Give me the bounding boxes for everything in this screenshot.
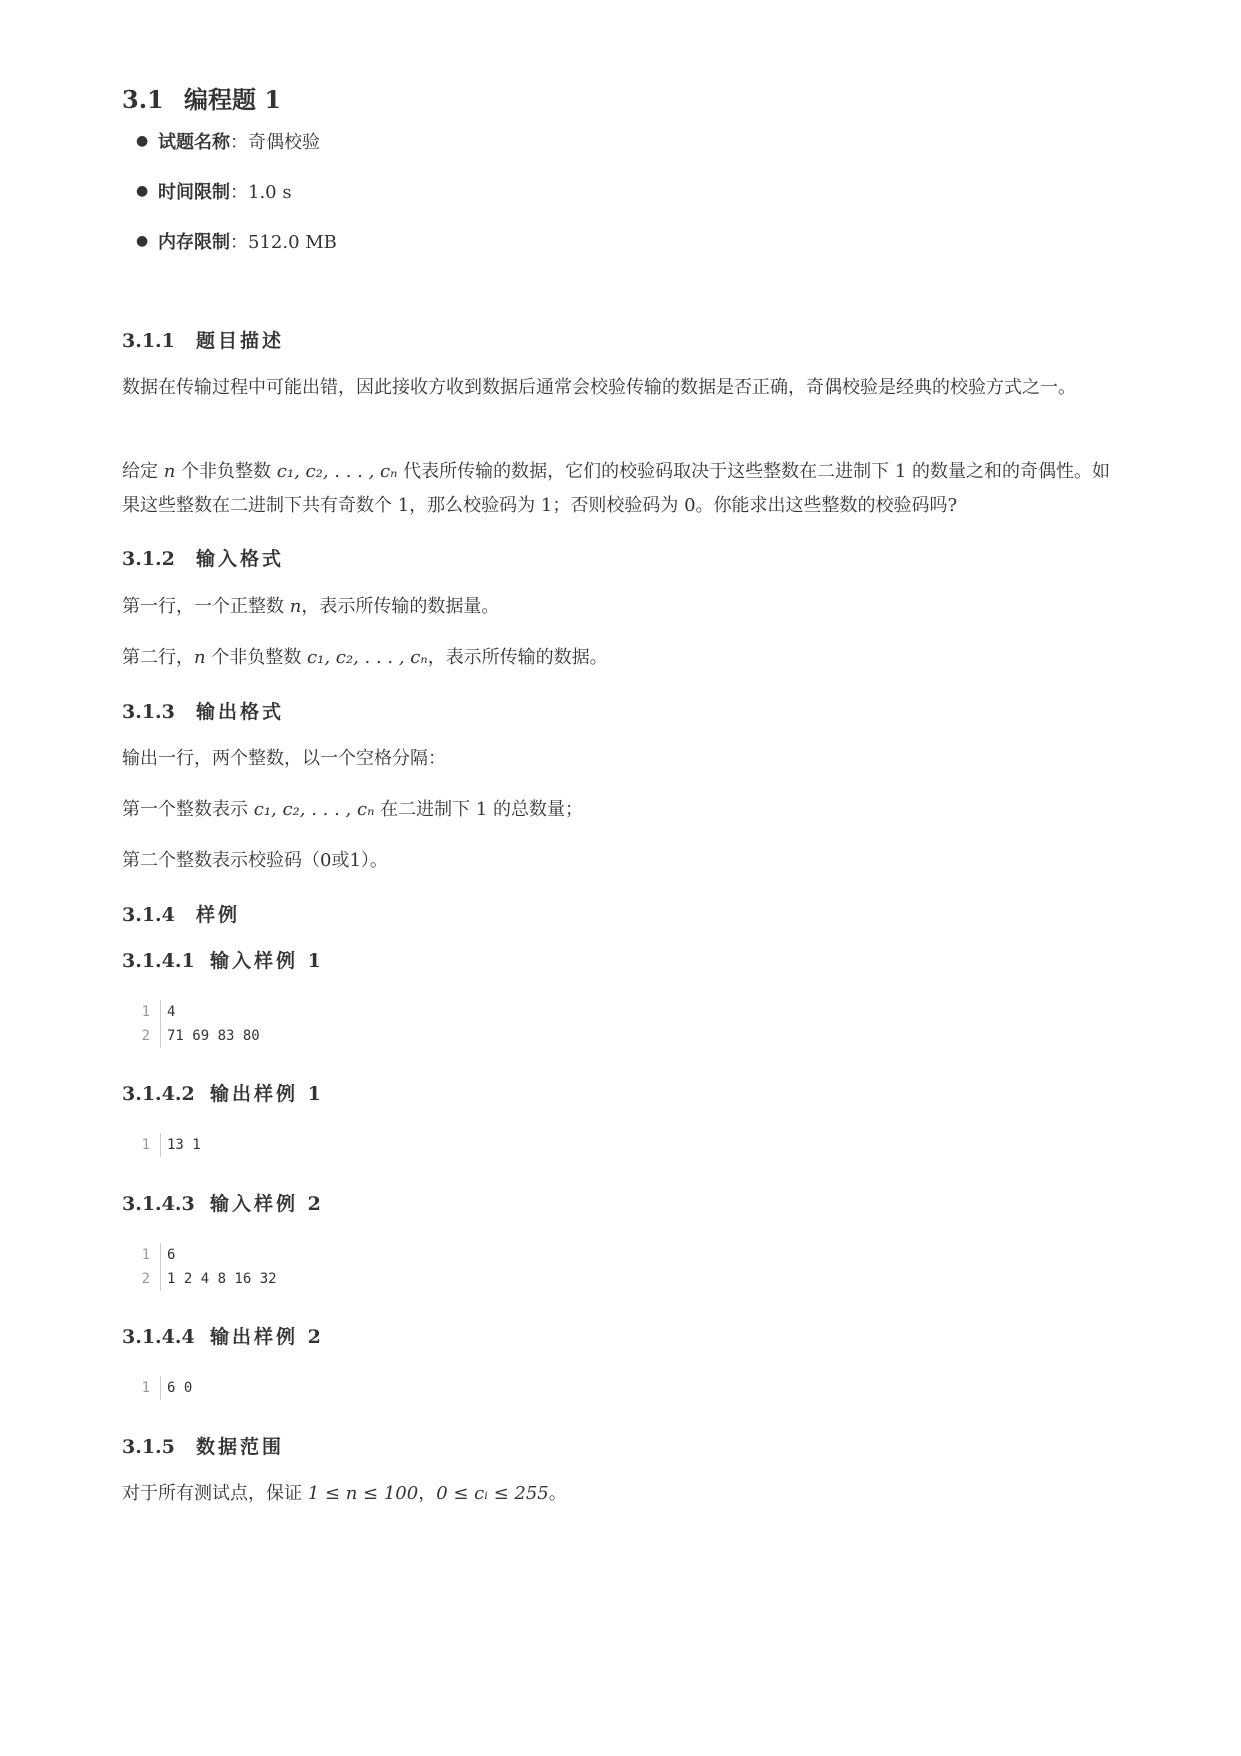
heading-data-range: 3.1.5数据范围 xyxy=(122,1432,284,1459)
meta-item-time-limit: ●时间限制：1.0 s xyxy=(136,178,292,204)
bullet-icon: ● xyxy=(136,233,158,249)
meta-label: 时间限制 xyxy=(158,182,230,203)
heading-description: 3.1.1题目描述 xyxy=(122,326,284,353)
meta-item-problem-name: ●试题名称：奇偶校验 xyxy=(136,128,320,154)
math-sequence: c₁, c₂, . . . , cₙ xyxy=(277,461,398,482)
line-number: 1 xyxy=(122,1000,160,1024)
data-range-text: 对于所有测试点，保证 1 ≤ n ≤ 100，0 ≤ cᵢ ≤ 255。 xyxy=(122,1477,1112,1511)
math-n: n xyxy=(164,461,176,482)
math-constraint-c: 0 ≤ cᵢ ≤ 255 xyxy=(436,1483,549,1504)
section-title: 3.1编程题 1 xyxy=(122,80,281,115)
heading-samples: 3.1.4样例 xyxy=(122,900,240,927)
input-format-line-1: 第一行，一个正整数 n，表示所传输的数据量。 xyxy=(122,590,1112,624)
meta-value: 512.0 MB xyxy=(248,232,337,253)
code-line: 271 69 83 80 xyxy=(122,1024,260,1048)
code-block-sample-input-2[interactable]: 16 21 2 4 8 16 32 xyxy=(122,1243,277,1291)
code-line: 14 xyxy=(122,1000,260,1024)
heading-sample-output-1: 3.1.4.2输出样例 1 xyxy=(122,1079,324,1106)
line-number: 2 xyxy=(122,1267,160,1291)
meta-label: 内存限制 xyxy=(158,232,230,253)
bullet-icon: ● xyxy=(136,133,158,149)
heading-input-format: 3.1.2输入格式 xyxy=(122,544,284,571)
section-number: 3.1 xyxy=(122,85,184,114)
code-line: 21 2 4 8 16 32 xyxy=(122,1267,277,1291)
heading-output-format: 3.1.3输出格式 xyxy=(122,697,284,724)
description-paragraph-1: 数据在传输过程中可能出错，因此接收方收到数据后通常会校验传输的数据是否正确，奇偶… xyxy=(122,371,1112,405)
output-format-line-2: 第一个整数表示 c₁, c₂, . . . , cₙ 在二进制下 1 的总数量； xyxy=(122,793,1112,827)
line-number: 2 xyxy=(122,1024,160,1048)
line-number: 1 xyxy=(122,1243,160,1267)
line-number: 1 xyxy=(122,1133,160,1157)
math-constraint-n: 1 ≤ n ≤ 100 xyxy=(308,1483,418,1504)
description-paragraph-2: 给定 n 个非负整数 c₁, c₂, . . . , cₙ 代表所传输的数据，它… xyxy=(122,455,1112,523)
code-line: 113 1 xyxy=(122,1133,201,1157)
code-block-sample-output-2[interactable]: 16 0 xyxy=(122,1376,192,1400)
line-number: 1 xyxy=(122,1376,160,1400)
code-block-sample-input-1[interactable]: 14 271 69 83 80 xyxy=(122,1000,260,1048)
input-format-line-2: 第二行，n 个非负整数 c₁, c₂, . . . , cₙ，表示所传输的数据。 xyxy=(122,641,1112,675)
heading-sample-input-2: 3.1.4.3输入样例 2 xyxy=(122,1189,324,1216)
heading-sample-input-1: 3.1.4.1输入样例 1 xyxy=(122,946,324,973)
output-format-line-3: 第二个整数表示校验码（0或1）。 xyxy=(122,844,1112,878)
meta-value: 奇偶校验 xyxy=(248,132,320,153)
meta-label: 试题名称 xyxy=(158,132,230,153)
code-block-sample-output-1[interactable]: 113 1 xyxy=(122,1133,201,1157)
code-line: 16 0 xyxy=(122,1376,192,1400)
meta-item-memory-limit: ●内存限制：512.0 MB xyxy=(136,228,337,254)
output-format-line-1: 输出一行，两个整数，以一个空格分隔： xyxy=(122,742,1112,776)
heading-sample-output-2: 3.1.4.4输出样例 2 xyxy=(122,1322,324,1349)
meta-value: 1.0 s xyxy=(248,182,292,203)
bullet-icon: ● xyxy=(136,183,158,199)
section-heading: 编程题 1 xyxy=(184,85,281,114)
code-line: 16 xyxy=(122,1243,277,1267)
